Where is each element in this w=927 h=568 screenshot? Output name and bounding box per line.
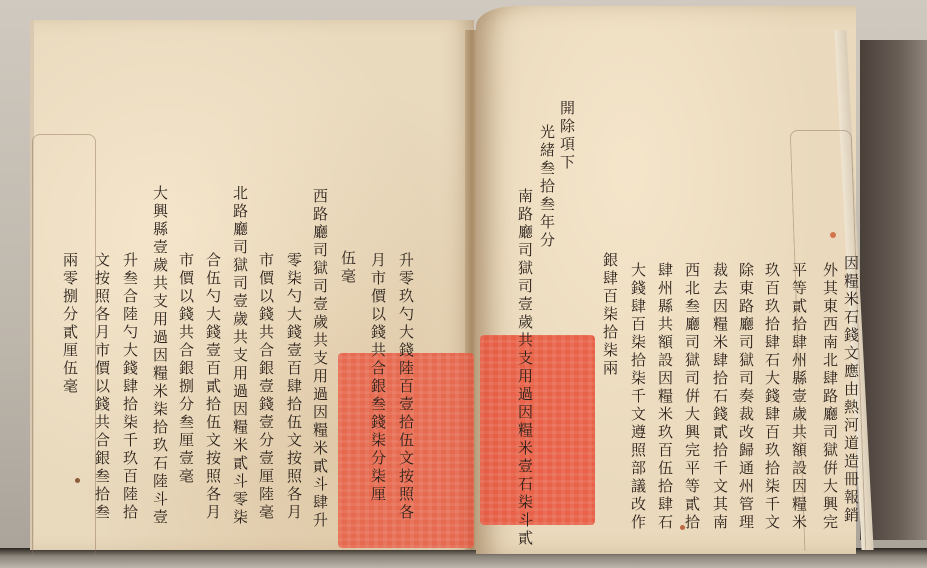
text-column: 外其東西南北肆路廳司獄倂大興完 xyxy=(822,262,837,532)
text-column: 零柒勺大錢壹百肆拾伍文按照各月 xyxy=(286,252,301,522)
paper-stain xyxy=(75,478,80,483)
text-column: 西北叁廳司獄司倂大興完平等貳拾 xyxy=(684,262,699,532)
text-column: 升零玖勺大錢陸百壹拾伍文按照各 xyxy=(398,252,413,522)
text-column: 文按照各月市價以錢共合銀叁拾叁 xyxy=(94,252,109,522)
text-column: 平等貳拾肆州縣壹歲共額設因糧米 xyxy=(791,262,806,532)
text-column: 北路廳司獄司壹歲共支用過因糧米貳斗零柒 xyxy=(232,185,247,527)
header-line-1: 開除項下 xyxy=(559,100,574,172)
text-column: 裁去因糧米肆拾石錢貳拾千文其南 xyxy=(712,262,727,532)
text-column: 因糧米石錢文應由熱河道造冊報銷 xyxy=(843,255,858,525)
text-column: 市價以錢共合銀壹錢壹分壹厘陸毫 xyxy=(258,252,273,522)
text-column: 除東路廳司獄司奏裁改歸通州管理 xyxy=(738,262,753,532)
paper-stain xyxy=(830,232,836,238)
text-column: 合伍勺大錢壹百貳拾伍文按照各月 xyxy=(205,252,220,522)
header-line-2: 光緒叁拾叁年分 xyxy=(539,124,554,250)
south-entry-column: 南路廳司獄司壹歲共支用過因糧米壹石柒斗貳 xyxy=(517,188,532,548)
text-column: 月市價以錢共合銀叁錢柒分柒厘 xyxy=(370,252,385,504)
text-column: 西路廳司獄司壹歲共支用過因糧米貳斗肆升 xyxy=(312,188,327,530)
text-column: 肆州縣共額設因糧米玖百伍拾肆石 xyxy=(657,262,672,532)
text-column: 兩零捌分貳厘伍毫 xyxy=(62,252,77,396)
text-column: 升叁合陸勺大錢肆拾柒千玖百陸拾 xyxy=(122,252,137,522)
text-column: 大錢肆百柒拾柒千文遵照部議改作 xyxy=(630,262,645,532)
text-column: 玖百玖拾肆石大錢肆百玖拾柒千文 xyxy=(764,262,779,532)
text-column: 伍毫 xyxy=(340,250,355,286)
text-column: 大興縣壹歲共支用過因糧米柒拾玖石陸斗壹 xyxy=(152,185,167,527)
text-column: 市價以錢共合銀捌分叁厘壹毫 xyxy=(178,252,193,486)
text-column: 銀肆百柒拾柒兩 xyxy=(602,252,617,378)
red-seal-stamp-right xyxy=(480,335,595,525)
background-shadow-right xyxy=(860,40,927,540)
